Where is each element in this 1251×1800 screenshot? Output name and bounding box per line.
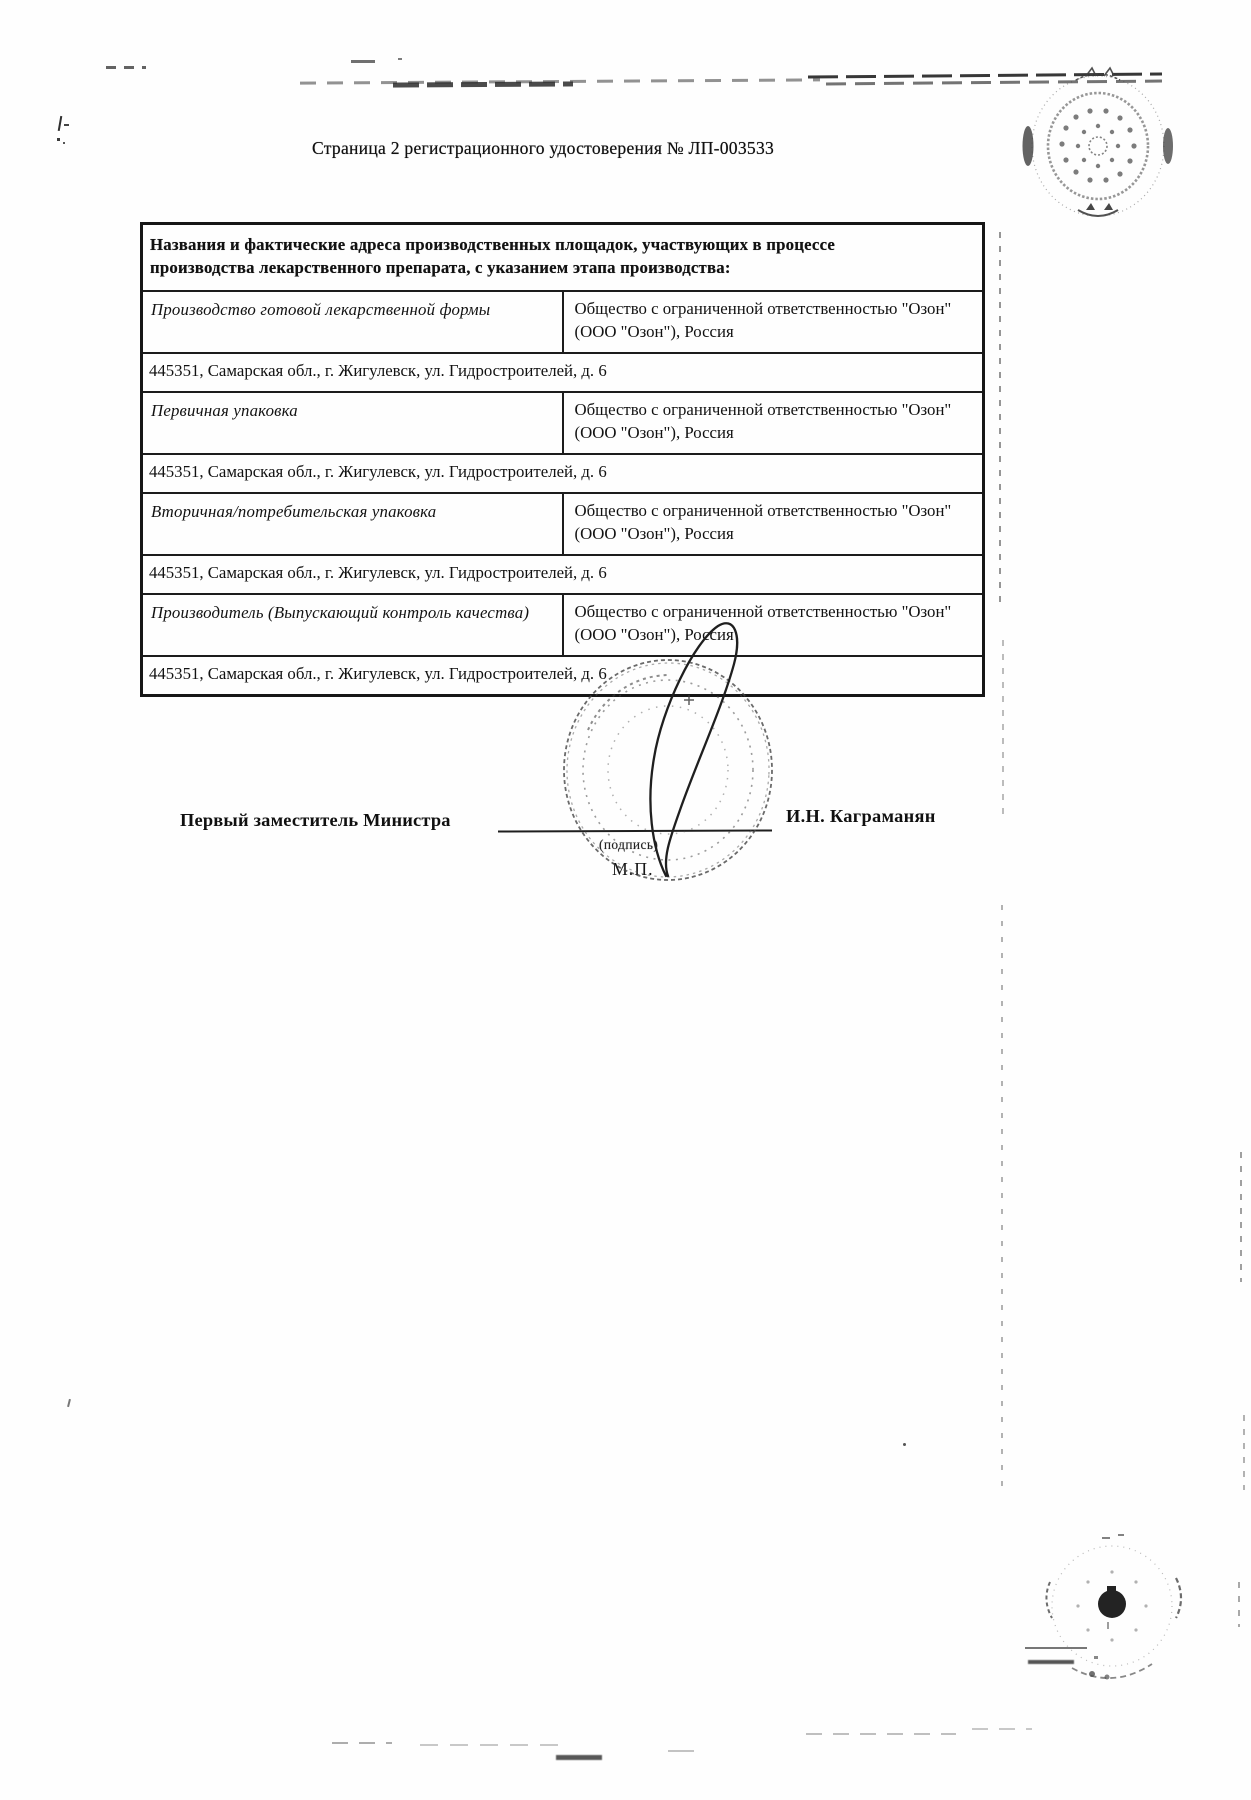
scan-artifact xyxy=(806,1733,956,1735)
scan-artifact xyxy=(972,1728,1032,1730)
scan-artifact xyxy=(420,1744,560,1746)
scan-artifact xyxy=(351,60,375,63)
table-row: Производство готовой лекарственной формы… xyxy=(142,291,984,353)
scan-artifact xyxy=(57,138,60,141)
scan-artifact xyxy=(1243,1415,1245,1490)
scan-artifact xyxy=(67,1399,71,1407)
guilloche-rosette-icon xyxy=(1020,64,1176,224)
signer-name: И.Н. Каграманян xyxy=(786,806,936,827)
company-cell: Общество с ограниченной ответственностью… xyxy=(563,291,984,353)
table-row: 445351, Самарская обл., г. Жигулевск, ул… xyxy=(142,555,984,594)
scan-artifact xyxy=(398,58,402,60)
scan-artifact xyxy=(903,1443,906,1446)
rosette-dot-icon xyxy=(1028,1522,1208,1702)
scan-artifact xyxy=(1025,1647,1087,1649)
signer-position-title: Первый заместитель Министра xyxy=(180,810,451,831)
stage-cell: Вторичная/потребительская упаковка xyxy=(142,493,563,555)
address-cell: 445351, Самарская обл., г. Жигулевск, ул… xyxy=(142,555,984,594)
table-row: Вторичная/потребительская упаковка Общес… xyxy=(142,493,984,555)
scan-artifact xyxy=(332,1742,392,1744)
table-row: 445351, Самарская обл., г. Жигулевск, ул… xyxy=(142,353,984,392)
scan-artifact xyxy=(64,124,69,126)
scan-artifact xyxy=(1240,1152,1242,1282)
company-cell: Общество с ограниченной ответственностью… xyxy=(563,493,984,555)
table-header: Названия и фактические адреса производст… xyxy=(142,224,984,292)
address-cell: 445351, Самарская обл., г. Жигулевск, ул… xyxy=(142,353,984,392)
scan-artifact xyxy=(1002,640,1004,820)
scan-artifact xyxy=(63,142,65,144)
ministry-stamp-seal-icon xyxy=(548,610,804,896)
scan-artifact xyxy=(556,1755,602,1760)
scan-artifact xyxy=(58,116,63,131)
table-header-row: Названия и фактические адреса производст… xyxy=(142,224,984,292)
scan-artifact xyxy=(393,81,573,87)
scan-artifact xyxy=(1094,1656,1098,1659)
scan-artifact xyxy=(999,232,1001,604)
stage-cell: Первичная упаковка xyxy=(142,392,563,454)
address-cell: 445351, Самарская обл., г. Жигулевск, ул… xyxy=(142,454,984,493)
scan-artifact xyxy=(1238,1582,1240,1627)
table-row: Первичная упаковка Общество с ограниченн… xyxy=(142,392,984,454)
scan-artifact xyxy=(1028,1660,1074,1664)
scanned-certificate-page: Страница 2 регистрационного удостоверени… xyxy=(0,0,1251,1800)
stage-cell: Производство готовой лекарственной формы xyxy=(142,291,563,353)
company-cell: Общество с ограниченной ответственностью… xyxy=(563,392,984,454)
scan-artifact xyxy=(1001,905,1003,1495)
stage-cell: Производитель (Выпускающий контроль каче… xyxy=(142,594,563,656)
page-title: Страница 2 регистрационного удостоверени… xyxy=(312,138,774,159)
table-row: 445351, Самарская обл., г. Жигулевск, ул… xyxy=(142,454,984,493)
scan-artifact xyxy=(106,66,146,69)
scan-artifact xyxy=(668,1750,694,1752)
